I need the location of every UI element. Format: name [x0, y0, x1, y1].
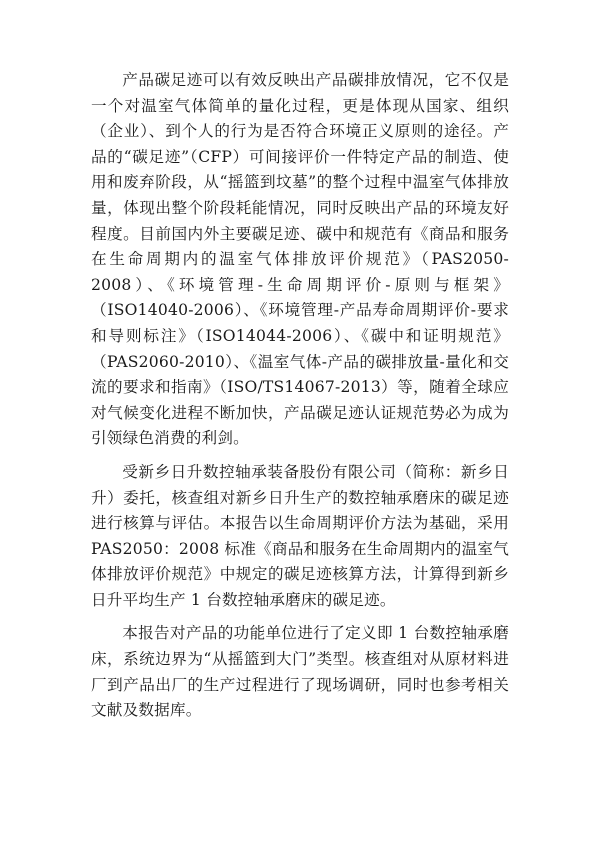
document-page: 产品碳足迹可以有效反映出产品碳排放情况，它不仅是一个对温室气体简单的量化过程，更…	[91, 68, 509, 732]
paragraph-carbon-footprint-intro: 产品碳足迹可以有效反映出产品碳排放情况，它不仅是一个对温室气体简单的量化过程，更…	[91, 68, 509, 452]
paragraph-functional-unit: 本报告对产品的功能单位进行了定义即 1 台数控轴承磨床，系统边界为“从摇篮到大门…	[91, 621, 509, 723]
paragraph-commission: 受新乡日升数控轴承装备股份有限公司（简称：新乡日升）委托，核查组对新乡日升生产的…	[91, 460, 509, 614]
